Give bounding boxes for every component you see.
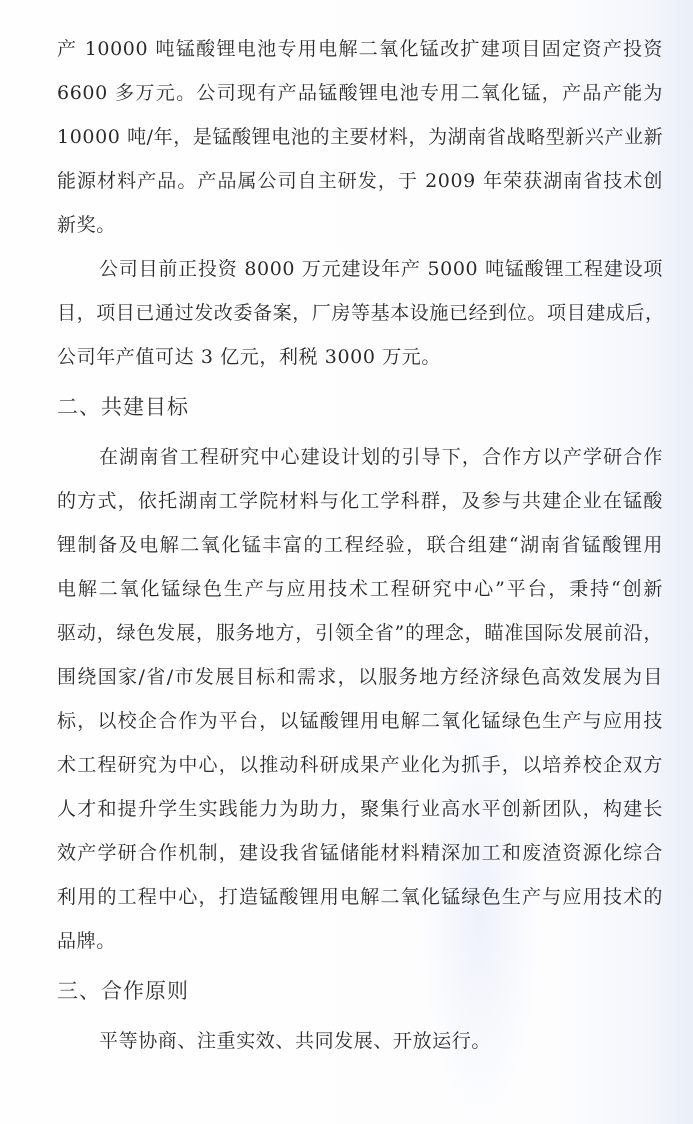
text-line: 标，以校企合作为平台，以锰酸锂用电解二氧化锰绿色生产与应用技 [57,699,663,743]
text-line: 利用的工程中心，打造锰酸锂用电解二氧化锰绿色生产与应用技术的 [57,875,663,919]
text-line: 新奖。 [57,203,663,247]
paragraph-company-products: 产 10000 吨锰酸锂电池专用电解二氧化锰改扩建项目固定资产投资 6600 多… [57,27,663,247]
document-page: 产 10000 吨锰酸锂电池专用电解二氧化锰改扩建项目固定资产投资 6600 多… [0,0,693,1124]
paragraph-goals: 在湖南省工程研究中心建设计划的引导下，合作方以产学研合作 的方式，依托湖南工学院… [57,435,663,963]
text-line: 能源材料产品。产品属公司自主研发，于 2009 年荣获湖南省技术创 [57,159,663,203]
text-line: 在湖南省工程研究中心建设计划的引导下，合作方以产学研合作 [57,435,663,479]
text-line: 电解二氧化锰绿色生产与应用技术工程研究中心”平台，秉持“创新 [57,567,663,611]
text-line: 的方式，依托湖南工学院材料与化工学科群，及参与共建企业在锰酸 [57,479,663,523]
text-line: 术工程研究为中心，以推动科研成果产业化为抓手，以培养校企双方 [57,743,663,787]
text-line: 锂制备及电解二氧化锰丰富的工程经验，联合组建“湖南省锰酸锂用 [57,523,663,567]
text-line: 10000 吨/年，是锰酸锂电池的主要材料，为湖南省战略型新兴产业新 [57,115,663,159]
text-line: 公司年产值可达 3 亿元，利税 3000 万元。 [57,335,663,379]
text-line: 效产学研合作机制，建设我省锰储能材料精深加工和废渣资源化综合 [57,831,663,875]
text-line: 6600 多万元。公司现有产品锰酸锂电池专用二氧化锰，产品产能为 [57,71,663,115]
section-heading-principles: 三、合作原则 [57,963,663,1019]
text-line: 公司目前正投资 8000 万元建设年产 5000 吨锰酸锂工程建设项 [57,247,663,291]
paragraph-principles: 平等协商、注重实效、共同发展、开放运行。 [57,1019,663,1063]
paragraph-current-investment: 公司目前正投资 8000 万元建设年产 5000 吨锰酸锂工程建设项 目，项目已… [57,247,663,379]
text-line: 产 10000 吨锰酸锂电池专用电解二氧化锰改扩建项目固定资产投资 [57,27,663,71]
section-heading-goals: 二、共建目标 [57,379,663,435]
text-line: 人才和提升学生实践能力为助力，聚集行业高水平创新团队，构建长 [57,787,663,831]
text-line: 驱动，绿色发展，服务地方，引领全省”的理念，瞄准国际发展前沿， [57,611,663,655]
text-line: 目，项目已通过发改委备案，厂房等基本设施已经到位。项目建成后， [57,291,663,335]
text-line: 围绕国家/省/市发展目标和需求，以服务地方经济绿色高效发展为目 [57,655,663,699]
text-line: 品牌。 [57,919,663,963]
text-line: 平等协商、注重实效、共同发展、开放运行。 [57,1019,663,1063]
document-body: 产 10000 吨锰酸锂电池专用电解二氧化锰改扩建项目固定资产投资 6600 多… [57,27,663,1063]
